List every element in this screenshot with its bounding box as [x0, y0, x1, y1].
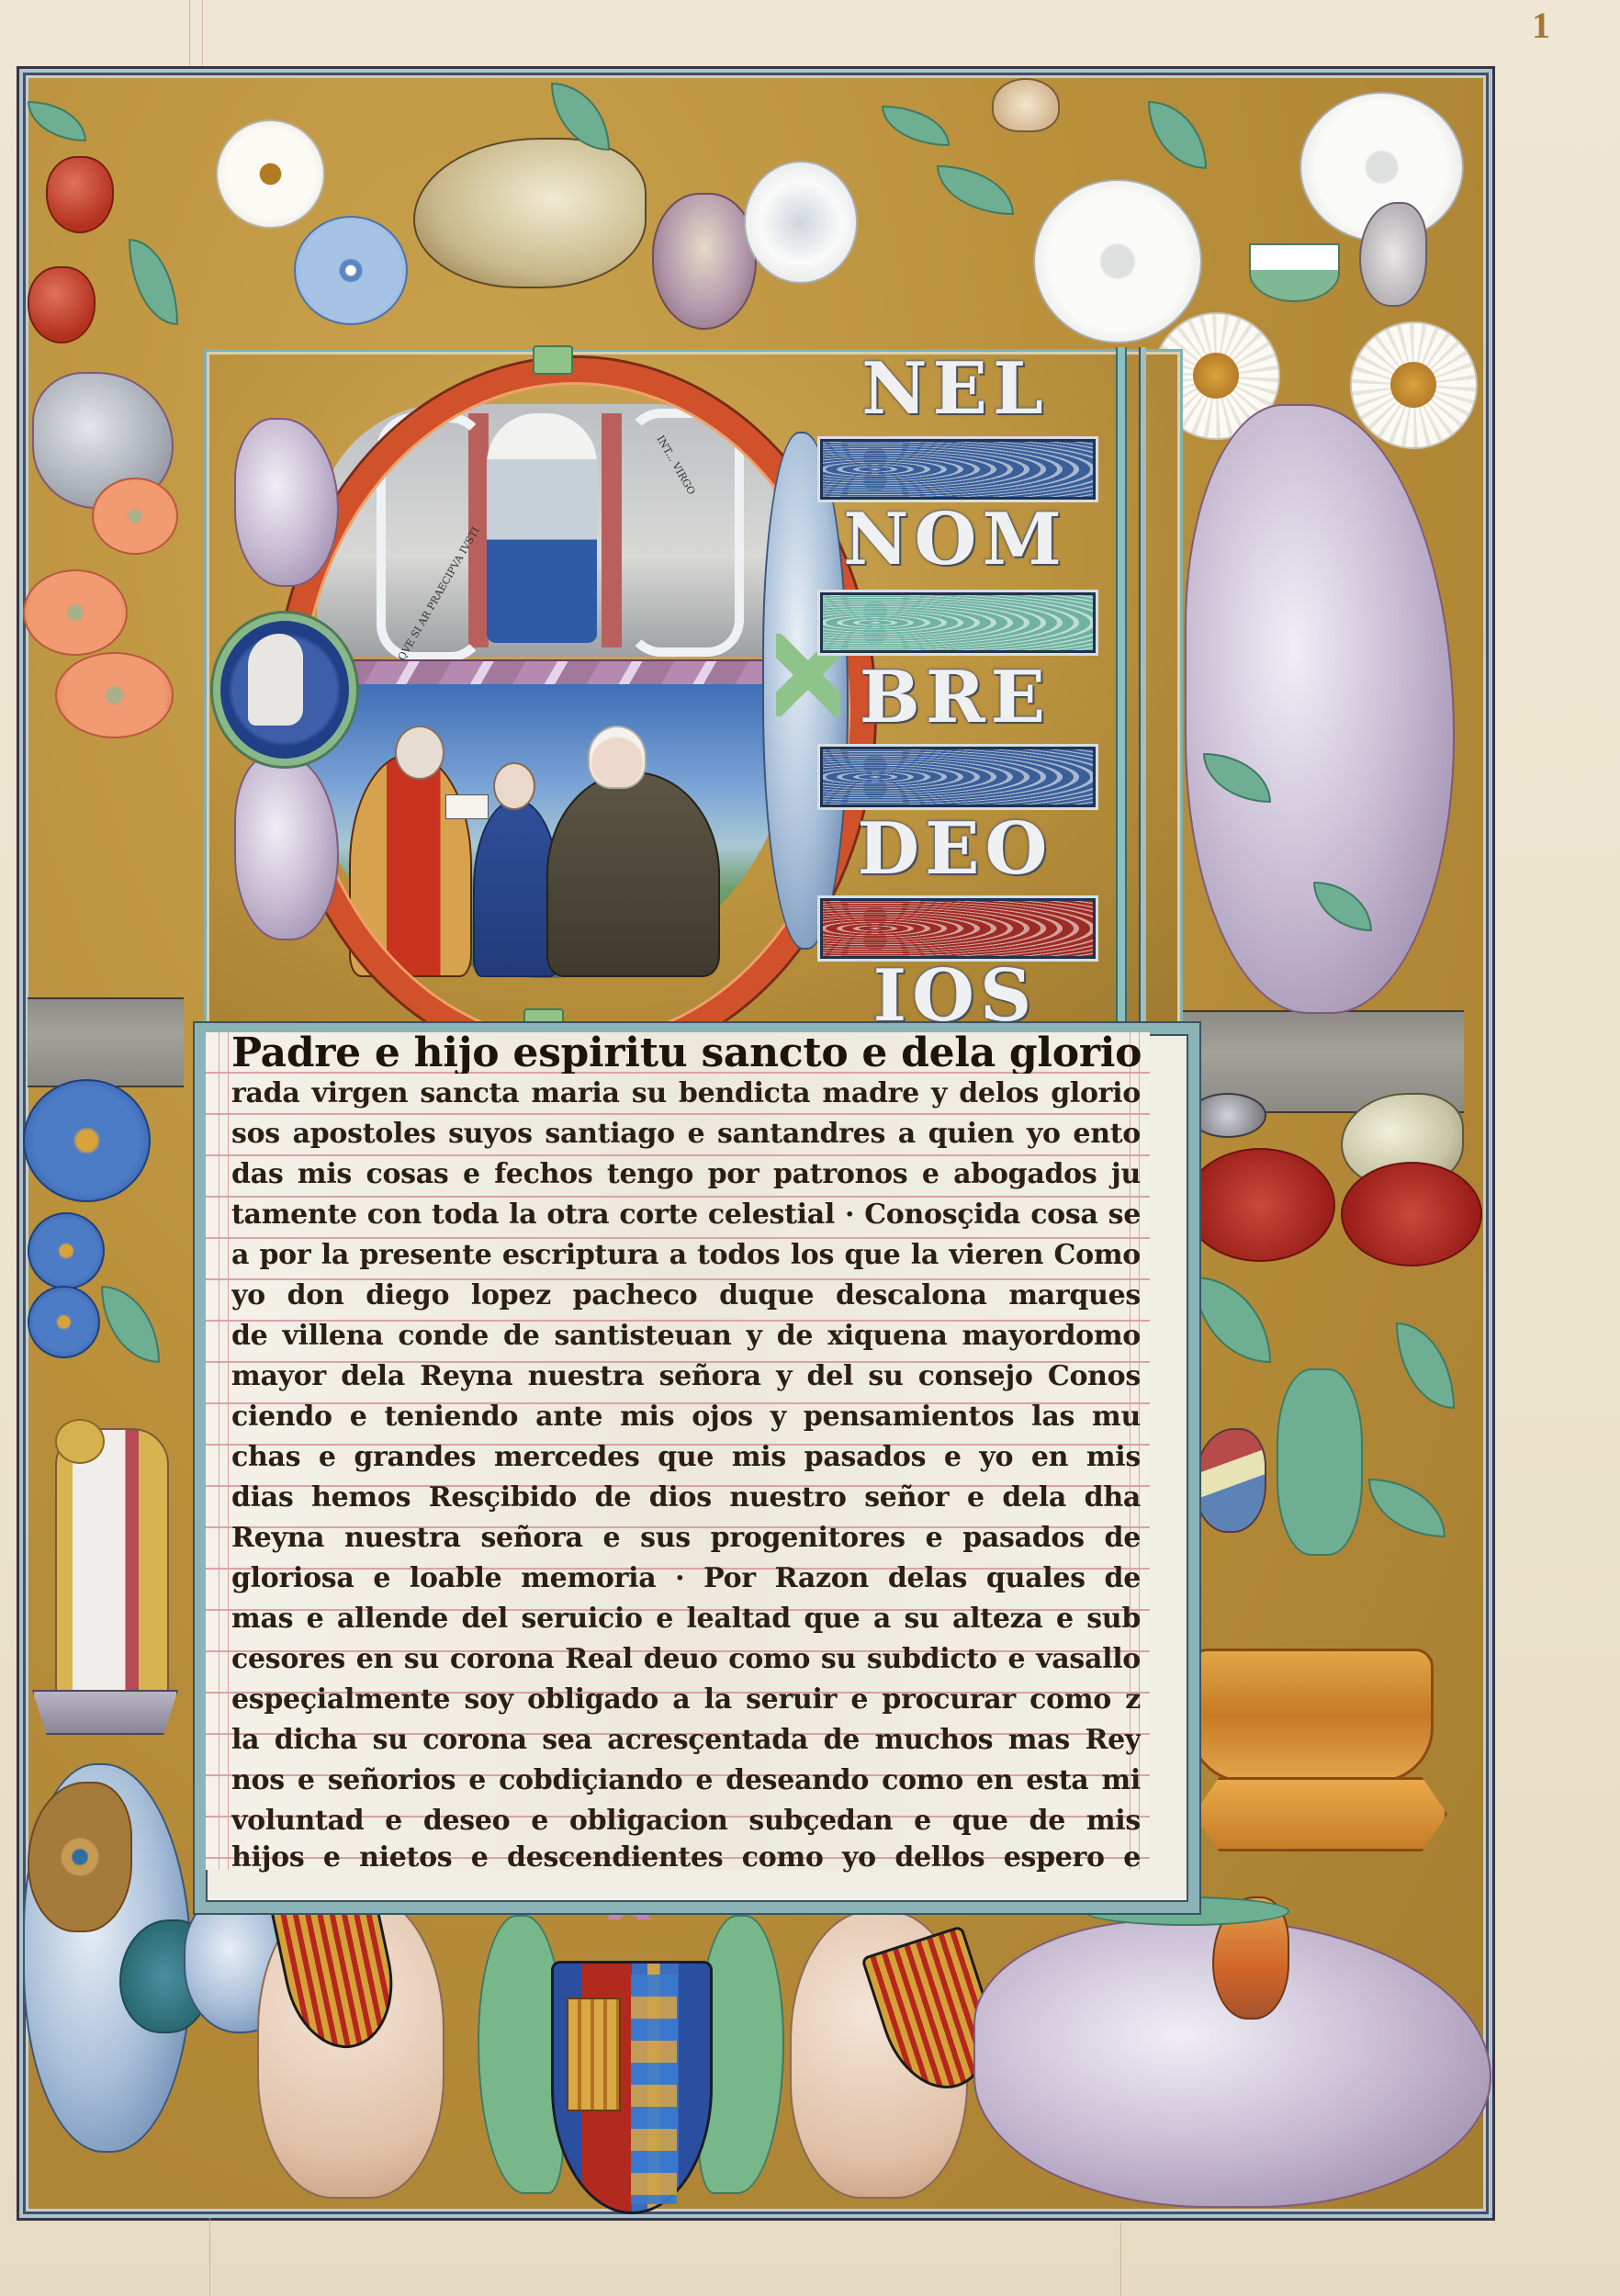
- capitals-row-1: NEL: [817, 353, 1093, 424]
- text-line-5: tamente con toda la otra corte celestial…: [231, 1194, 1141, 1235]
- text-line-2: rada virgen sancta maria su bendicta mad…: [231, 1073, 1141, 1114]
- text-line-14: gloriosa e loable memoria · Por Razon de…: [231, 1558, 1141, 1599]
- ruling-line: [1120, 2223, 1121, 2296]
- capitals-row-4: DEO: [817, 813, 1093, 884]
- capitals-frame-rule: [1116, 347, 1127, 1027]
- text-line-21: hijos e nietos e descendientes como yo d…: [231, 1837, 1141, 1878]
- text-line-4: das mis cosas e fechos tengo por patrono…: [231, 1154, 1141, 1195]
- text-line-19: nos e señorios e cobdiçiando e deseando …: [231, 1760, 1141, 1801]
- fly-icon: [1189, 1093, 1266, 1138]
- text-line-6: a por la presente escriptura a todos los…: [231, 1234, 1141, 1276]
- text-line-1: Padre e hijo espiritu sancto e dela glor…: [231, 1032, 1141, 1074]
- text-line-8: de villena conde de santisteuan y de xiq…: [231, 1315, 1141, 1356]
- orange-lily-icon: [92, 478, 178, 555]
- headdress-icon: [55, 1419, 105, 1464]
- gray-band-left: [28, 997, 184, 1087]
- cornflower-icon: [23, 1079, 151, 1202]
- ribbon-clasp-top: [533, 345, 573, 375]
- daisy-icon: [1350, 321, 1478, 449]
- strawberry-icon: [28, 266, 96, 343]
- red-carnation-icon: [1185, 1148, 1335, 1262]
- text-line-16: cesores en su corona Real deuo como su s…: [231, 1638, 1141, 1680]
- red-carnation-icon: [1341, 1162, 1482, 1266]
- text-line-13: Reyna nuestra señora e sus progenitores …: [231, 1517, 1141, 1559]
- text-line-11: chas e grandes mercedes que mis pasados …: [231, 1436, 1141, 1478]
- male-profile-portrait-icon: [248, 634, 303, 726]
- folio-number: 1: [1532, 4, 1550, 47]
- orange-lily-icon: [23, 569, 128, 656]
- ruling-line: [209, 2218, 210, 2296]
- bindweed-icon: [744, 161, 858, 284]
- console-pedestal-icon: [32, 1690, 178, 1735]
- blue-flower-icon: [294, 216, 408, 325]
- blue-ornament-bar: [817, 744, 1098, 810]
- display-capitals-column: NEL NOM BRE DEO IOS: [817, 349, 1102, 1029]
- golden-vase-icon: [1189, 1649, 1434, 1783]
- text-line-17: espeçialmente soy obligado a la seruir e…: [231, 1679, 1141, 1720]
- pansy-icon: [652, 193, 757, 330]
- cornflower-icon: [28, 1212, 105, 1289]
- text-line-10: ciendo e teniendo ante mis ojos y pensam…: [231, 1396, 1141, 1437]
- text-line-15: mas e allende del seruicio e lealtad que…: [231, 1598, 1141, 1639]
- white-rose-icon: [1033, 179, 1202, 343]
- butterfly-icon: [992, 78, 1060, 132]
- text-line-3: sos apostoles suyos santiago e santandre…: [231, 1113, 1141, 1154]
- text-line-7: yo don diego lopez pacheco duque descalo…: [231, 1275, 1141, 1316]
- vase-base-icon: [1194, 1777, 1447, 1851]
- capitals-row-2: NOM: [817, 503, 1093, 575]
- text-line-20: voluntad e deseo e obligacion subçedan e…: [231, 1800, 1141, 1841]
- strawberry-icon: [46, 156, 114, 233]
- capitals-row-3: BRE: [817, 661, 1093, 733]
- red-ornament-bar: [817, 895, 1098, 962]
- ruling-line: [202, 0, 203, 66]
- orange-lily-icon: [55, 652, 174, 738]
- green-ornament-bar: [817, 590, 1098, 656]
- castle-icon: [567, 1998, 621, 2111]
- stem-icon: [1277, 1368, 1363, 1556]
- text-line-12: dias hemos Resçibido de dios nuestro señ…: [231, 1477, 1141, 1518]
- female-figure-icon: [55, 1428, 169, 1716]
- margin-ruling: [219, 1032, 219, 1870]
- parrot-icon: [1194, 1428, 1266, 1533]
- text-line-9: mayor dela Reyna nuestra señora y del su…: [231, 1356, 1141, 1397]
- ruling-line: [189, 0, 190, 66]
- dove-icon: [1359, 202, 1427, 307]
- thistle-icon: [1249, 243, 1340, 302]
- cornflower-icon: [28, 1286, 100, 1358]
- capitals-row-5: IOS: [817, 960, 1093, 1031]
- checky-arms-icon: [631, 1975, 677, 2204]
- text-line-18: la dicha su corona sea acresçentada de m…: [231, 1719, 1141, 1761]
- white-rose-icon: [216, 119, 325, 229]
- margin-ruling: [228, 1032, 229, 1870]
- blue-ornament-bar: [817, 436, 1098, 502]
